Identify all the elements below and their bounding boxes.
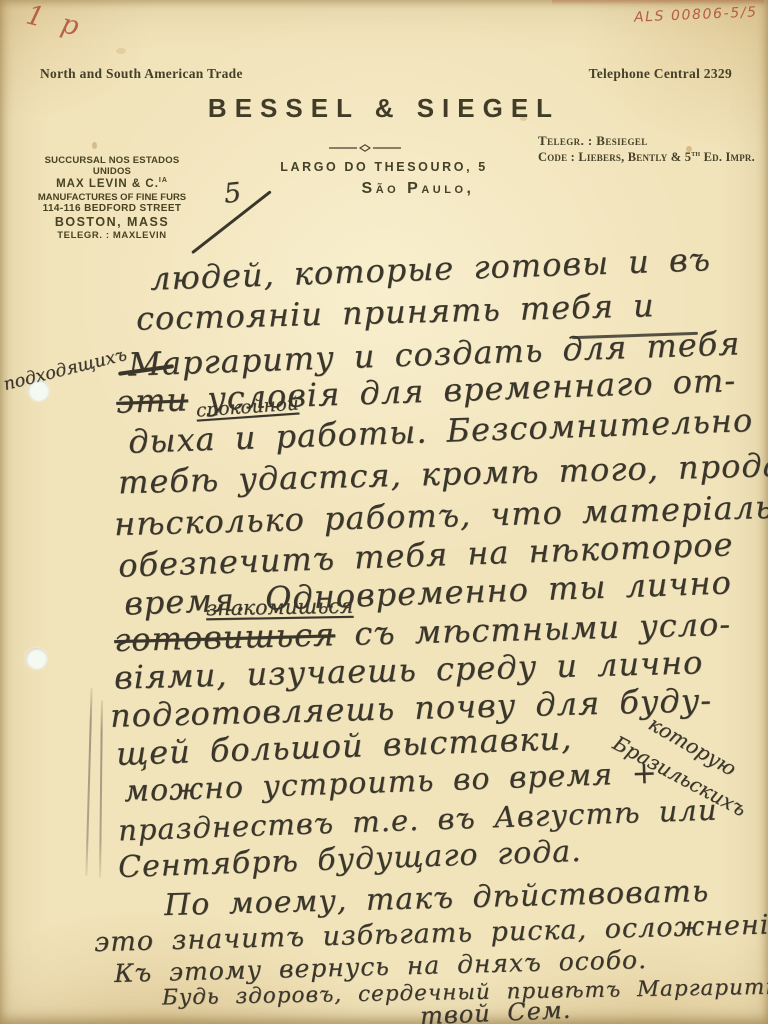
struck-word: готовишься bbox=[114, 615, 336, 659]
branch-address-block: SUCCURSAL NOS ESTADOS UNIDOS MAX LEVIN &… bbox=[28, 155, 196, 241]
branch-line: MAX LEVIN & C.IA bbox=[28, 177, 196, 191]
branch-line: MANUFACTURES OF FINE FURS bbox=[28, 192, 196, 203]
punch-hole bbox=[26, 648, 47, 669]
branch-line: 114-116 BEDFORD STREET bbox=[28, 203, 196, 215]
code-line-suffix: Ed. Impr. bbox=[700, 150, 755, 164]
foxing-spot bbox=[92, 142, 97, 149]
pencil-margin-line bbox=[99, 700, 103, 878]
company-name: BESSEL & SIEGEL bbox=[0, 93, 768, 124]
margin-note-left: подходящихъ bbox=[1, 345, 128, 395]
telegraph-line: Telegr. : Besiegel bbox=[538, 133, 648, 149]
code-line-text: Code : Liebers, Bently & 5 bbox=[538, 150, 691, 164]
page-number: 5 bbox=[222, 177, 242, 210]
branch-line: SUCCURSAL NOS ESTADOS UNIDOS bbox=[28, 155, 196, 177]
struck-word: эти bbox=[116, 380, 189, 420]
letter-page: 1 р ALS 00806-5/5 North and South Americ… bbox=[0, 0, 768, 1024]
code-line-sup: th bbox=[691, 149, 700, 158]
branch-line: TELEGR. : MAXLEVIN bbox=[28, 230, 196, 241]
archive-corner-mark: 1 р bbox=[23, 0, 87, 44]
pencil-margin-line bbox=[85, 688, 92, 876]
ornament-divider bbox=[329, 143, 401, 153]
branch-company-sup: IA bbox=[159, 177, 168, 184]
code-line: Code : Liebers, Bently & 5th Ed. Impr. bbox=[538, 149, 755, 165]
catalog-number: ALS 00806-5/5 bbox=[634, 4, 758, 25]
red-ink-smear bbox=[552, 0, 764, 5]
branch-line: BOSTON, MASS bbox=[28, 215, 196, 230]
telephone-line: Telephone Central 2329 bbox=[589, 66, 732, 82]
branch-company: MAX LEVIN & C. bbox=[56, 178, 159, 190]
trade-line: North and South American Trade bbox=[40, 66, 243, 82]
foxing-spot bbox=[116, 48, 126, 54]
city-line: São Paulo, bbox=[268, 180, 568, 198]
